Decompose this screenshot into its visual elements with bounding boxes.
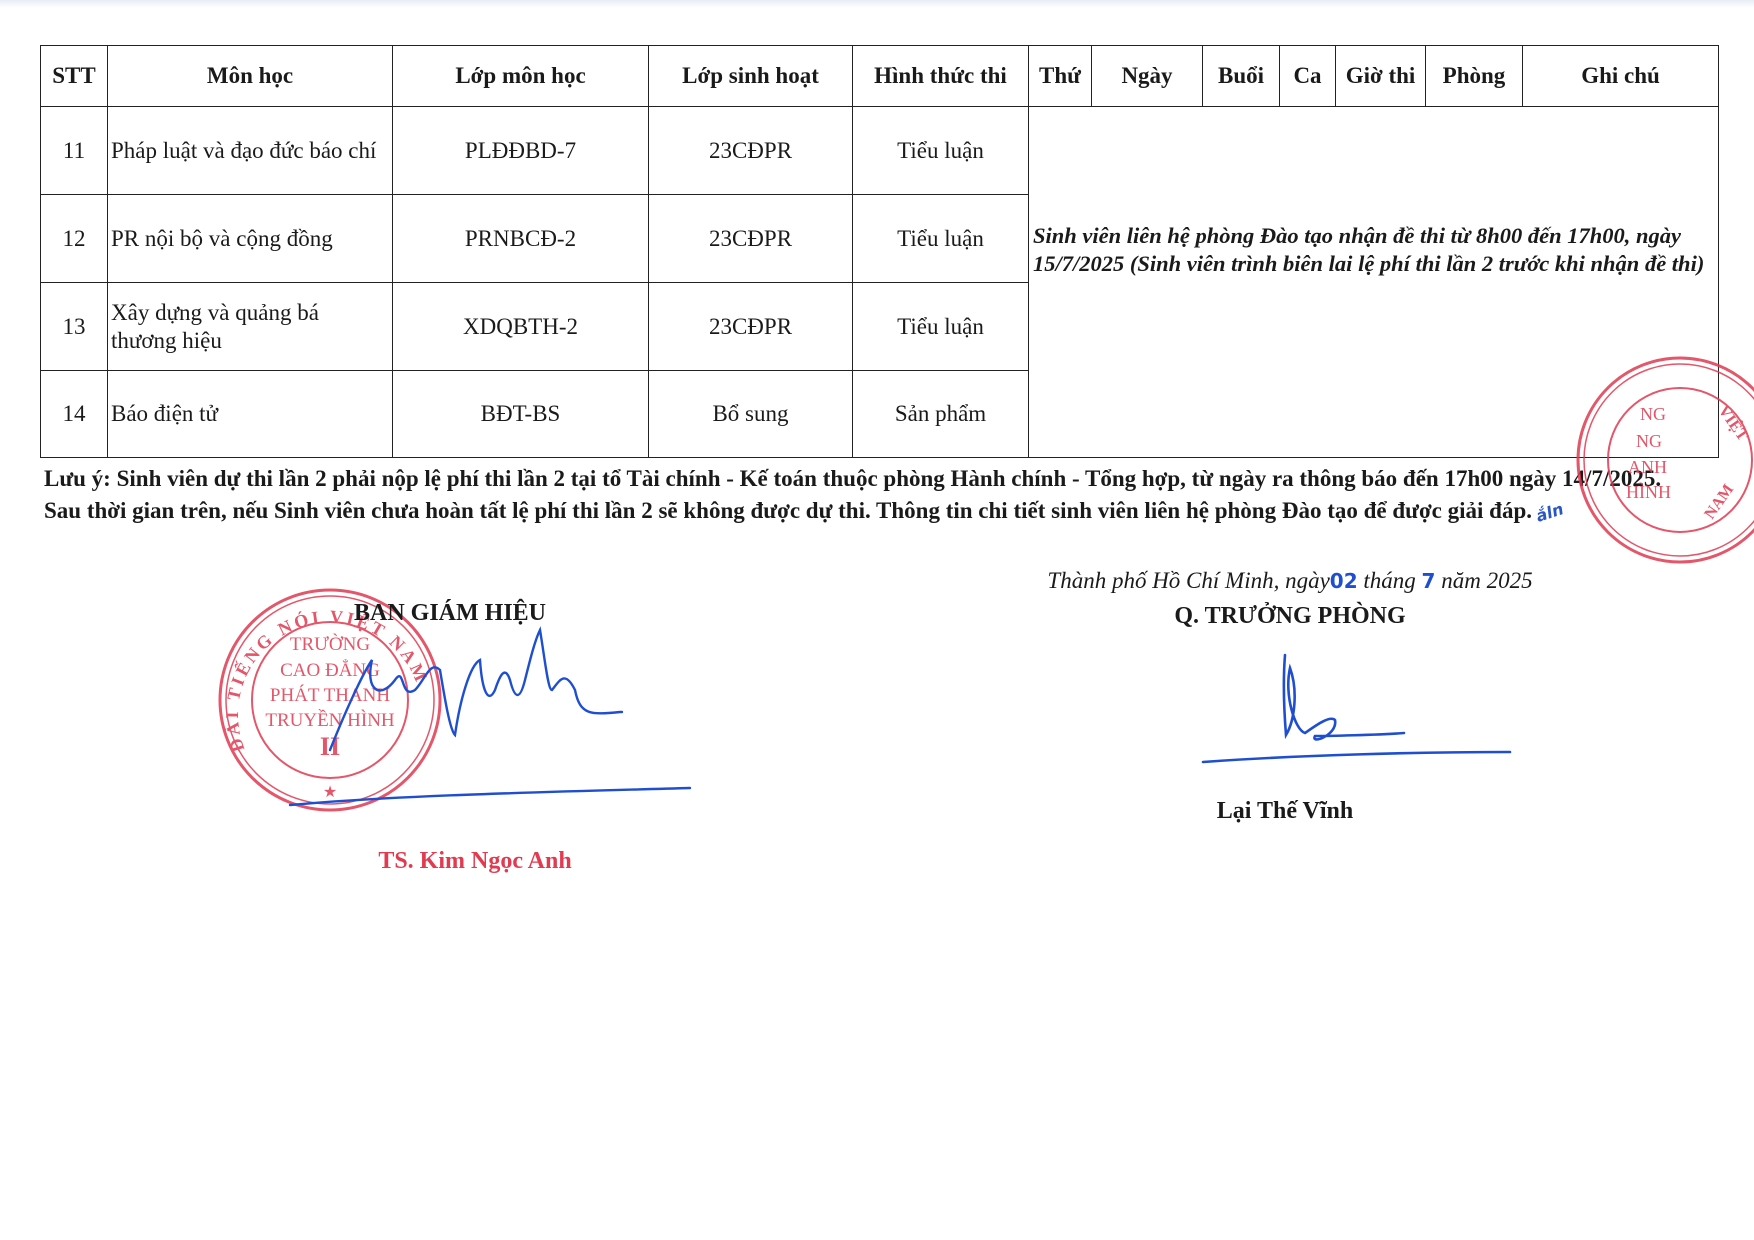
cell-exam-type: Tiểu luận bbox=[853, 107, 1029, 195]
month-label: tháng bbox=[1363, 568, 1415, 593]
cell-stt: 11 bbox=[41, 107, 108, 195]
cell-home-class: Bổ sung bbox=[649, 371, 853, 458]
cell-exam-type: Sản phẩm bbox=[853, 371, 1029, 458]
header-stt: STT bbox=[41, 46, 108, 107]
header-time: Giờ thi bbox=[1336, 46, 1426, 107]
svg-text:NAM: NAM bbox=[1701, 481, 1737, 522]
header-home-class: Lớp sinh hoạt bbox=[649, 46, 853, 107]
payment-notice-text: Lưu ý: Sinh viên dự thi lần 2 phải nộp l… bbox=[44, 466, 1661, 523]
merged-note-text: Sinh viên liên hệ phòng Đào tạo nhận đề … bbox=[1033, 222, 1714, 278]
cell-class-code: BĐT-BS bbox=[393, 371, 649, 458]
table-row: 11 Pháp luật và đạo đức báo chí PLĐĐBD-7… bbox=[41, 107, 1719, 195]
svg-text:★: ★ bbox=[323, 784, 337, 801]
cell-exam-type: Tiểu luận bbox=[853, 283, 1029, 371]
cell-exam-type: Tiểu luận bbox=[853, 195, 1029, 283]
cell-stt: 12 bbox=[41, 195, 108, 283]
cell-home-class: 23CĐPR bbox=[649, 195, 853, 283]
svg-text:TRƯỜNG: TRƯỜNG bbox=[290, 633, 370, 655]
payment-notice: Lưu ý: Sinh viên dự thi lần 2 phải nộp l… bbox=[44, 463, 1684, 529]
header-weekday: Thứ bbox=[1029, 46, 1092, 107]
handwritten-month: 7 bbox=[1422, 569, 1436, 593]
signer-title-right: Q. TRƯỞNG PHÒNG bbox=[1000, 603, 1580, 630]
year-label: năm 2025 bbox=[1441, 568, 1532, 593]
header-shift: Ca bbox=[1280, 46, 1336, 107]
header-notes: Ghi chú bbox=[1523, 46, 1719, 107]
svg-text:ĐÀI TIẾNG NÓI VIỆT NAM: ĐÀI TIẾNG NÓI VIỆT NAM bbox=[221, 606, 432, 754]
cell-stt: 13 bbox=[41, 283, 108, 371]
exam-schedule-table: STT Môn học Lớp môn học Lớp sinh hoạt Hì… bbox=[40, 45, 1719, 458]
place-date-line: Thành phố Hồ Chí Minh, ngày02 tháng 7 nă… bbox=[1000, 568, 1580, 594]
stamp-outer-text: ĐÀI TIẾNG NÓI VIỆT NAM bbox=[221, 606, 432, 754]
header-date: Ngày bbox=[1092, 46, 1203, 107]
header-subject: Môn học bbox=[108, 46, 393, 107]
cell-home-class: 23CĐPR bbox=[649, 107, 853, 195]
cell-class-code: PRNBCĐ-2 bbox=[393, 195, 649, 283]
cell-class-code: XDQBTH-2 bbox=[393, 283, 649, 371]
signature-right-icon bbox=[1203, 655, 1510, 762]
signer-name-left: TS. Kim Ngọc Anh bbox=[355, 848, 595, 875]
cell-subject: Pháp luật và đạo đức báo chí bbox=[108, 107, 393, 195]
svg-text:TRUYỀN HÌNH: TRUYỀN HÌNH bbox=[265, 709, 395, 731]
svg-text:PHÁT THANH: PHÁT THANH bbox=[270, 684, 390, 706]
cell-stt: 14 bbox=[41, 371, 108, 458]
header-room: Phòng bbox=[1426, 46, 1523, 107]
cell-home-class: 23CĐPR bbox=[649, 283, 853, 371]
header-class-code: Lớp môn học bbox=[393, 46, 649, 107]
cell-subject: Báo điện tử bbox=[108, 371, 393, 458]
svg-text:CAO ĐẲNG: CAO ĐẲNG bbox=[280, 659, 380, 681]
header-session: Buổi bbox=[1203, 46, 1280, 107]
cell-subject: Xây dựng và quảng bá thương hiệu bbox=[108, 283, 393, 371]
signer-name-right: Lại Thế Vĩnh bbox=[1180, 798, 1390, 825]
svg-text:VIỆT: VIỆT bbox=[1715, 402, 1752, 445]
cell-subject: PR nội bộ và cộng đồng bbox=[108, 195, 393, 283]
handwritten-day: 02 bbox=[1330, 569, 1358, 593]
table-header-row: STT Môn học Lớp môn học Lớp sinh hoạt Hì… bbox=[41, 46, 1719, 107]
signature-left-icon bbox=[290, 630, 690, 805]
signer-title-left: BAN GIÁM HIỆU bbox=[340, 600, 560, 627]
header-exam-type: Hình thức thi bbox=[853, 46, 1029, 107]
date-prefix: Thành phố Hồ Chí Minh, ngày bbox=[1047, 568, 1329, 593]
document-page: STT Môn học Lớp môn học Lớp sinh hoạt Hì… bbox=[0, 0, 1754, 1240]
cell-class-code: PLĐĐBD-7 bbox=[393, 107, 649, 195]
handwritten-initials: ắln bbox=[1532, 494, 1568, 533]
merged-note-cell: Sinh viên liên hệ phòng Đào tạo nhận đề … bbox=[1029, 107, 1719, 458]
svg-text:II: II bbox=[320, 732, 340, 761]
scan-edge bbox=[0, 0, 1754, 8]
